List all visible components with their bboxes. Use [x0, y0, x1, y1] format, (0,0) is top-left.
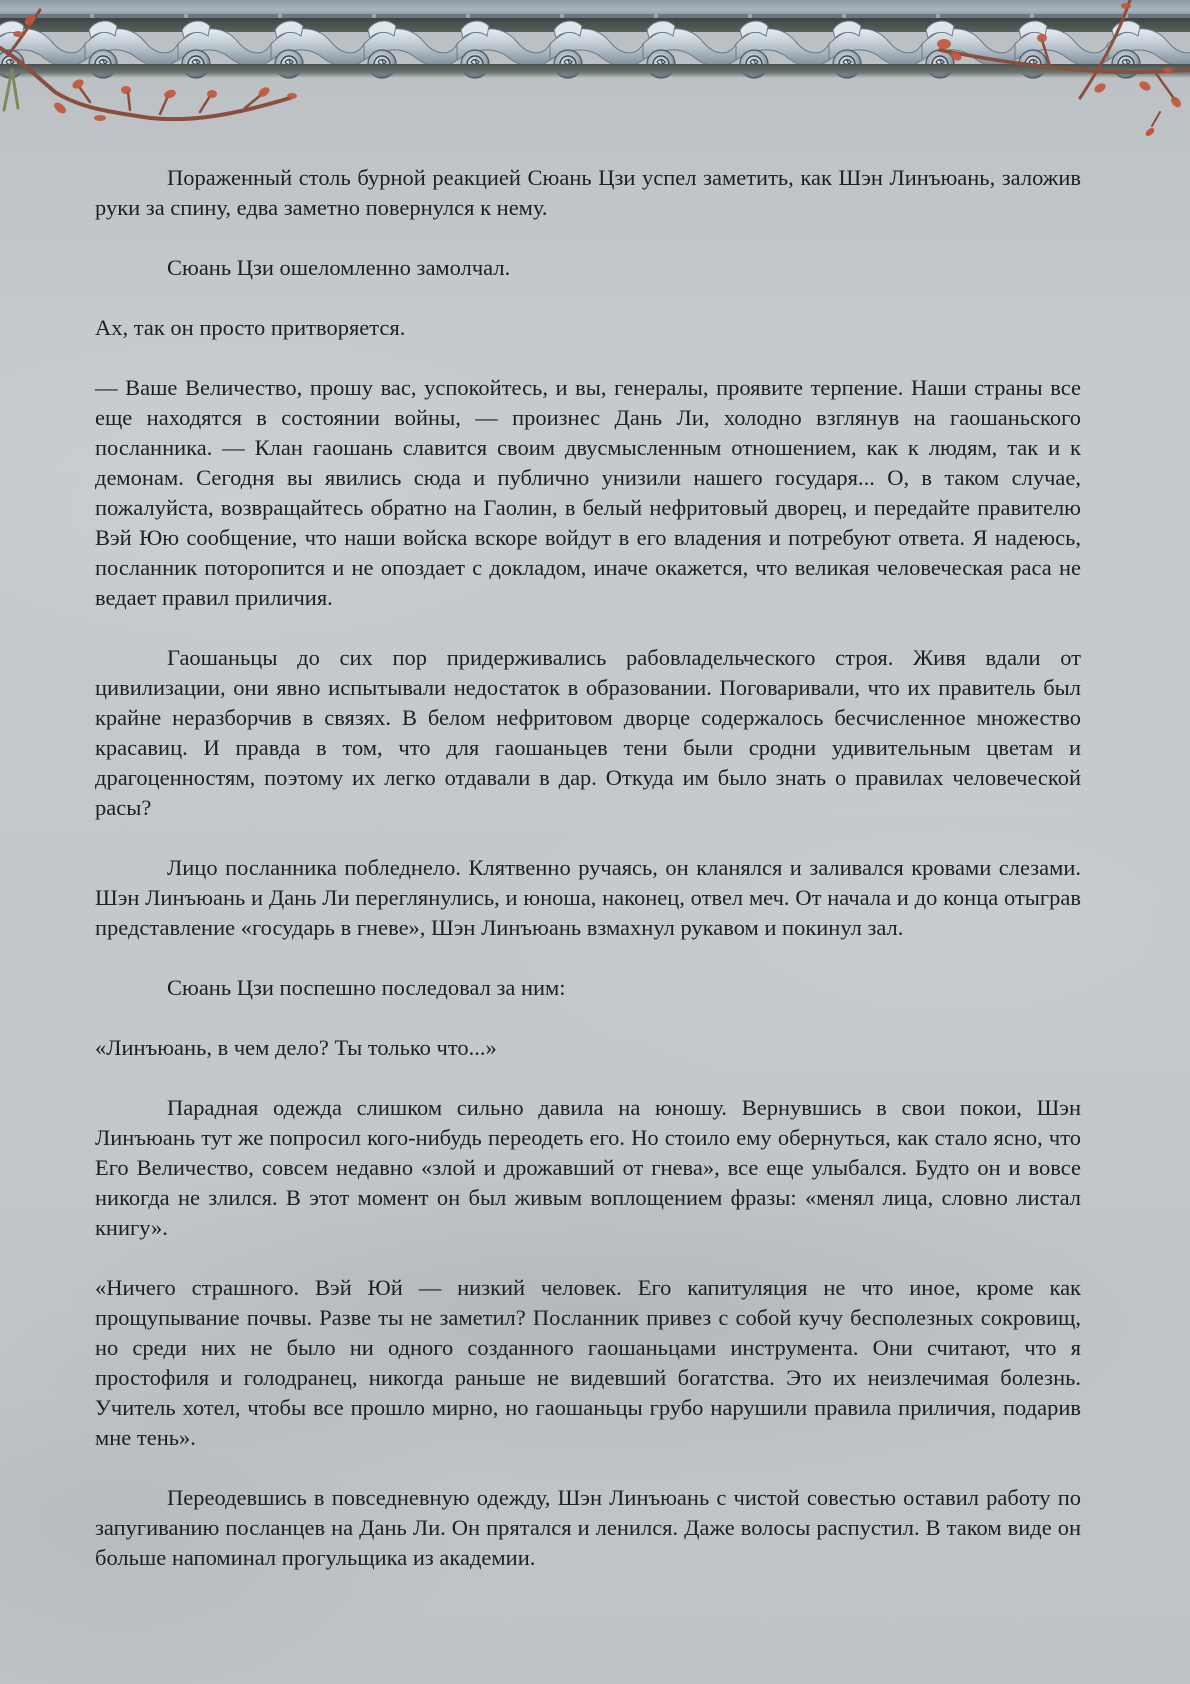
paragraph-spacer: [95, 613, 1081, 643]
paragraph: «Ничего страшного. Вэй Юй — низкий челов…: [95, 1273, 1081, 1453]
paragraph-spacer: [95, 223, 1081, 253]
paragraph: Пораженный столь бурной реакцией Сюань Ц…: [95, 163, 1081, 223]
paragraph-spacer: [95, 1003, 1081, 1033]
paragraph: Ах, так он просто притворяется.: [95, 313, 1081, 343]
paragraph: Сюань Цзи поспешно последовал за ним:: [95, 973, 1081, 1003]
paragraph: Парадная одежда слишком сильно давила на…: [95, 1093, 1081, 1243]
paragraph: Сюань Цзи ошеломленно замолчал.: [95, 253, 1081, 283]
paragraph: «Линъюань, в чем дело? Ты только что...»: [95, 1033, 1081, 1063]
paragraph: Лицо посланника побледнело. Клятвенно ру…: [95, 853, 1081, 943]
paragraph: Переодевшись в повседневную одежду, Шэн …: [95, 1483, 1081, 1573]
paragraph-spacer: [95, 823, 1081, 853]
paragraph: — Ваше Величество, прошу вас, успокойтес…: [95, 373, 1081, 613]
paragraph-spacer: [95, 343, 1081, 373]
paragraph-spacer: [95, 943, 1081, 973]
paragraph-spacer: [95, 1243, 1081, 1273]
paragraph-spacer: [95, 1063, 1081, 1093]
blossom-branch-left-icon: [0, 0, 320, 130]
blossom-branch-right-icon: [930, 0, 1190, 180]
paragraph-spacer: [95, 283, 1081, 313]
paragraph-spacer: [95, 1453, 1081, 1483]
document-body: Пораженный столь бурной реакцией Сюань Ц…: [95, 163, 1081, 1573]
paragraph: Гаошаньцы до сих пор придерживались рабо…: [95, 643, 1081, 823]
